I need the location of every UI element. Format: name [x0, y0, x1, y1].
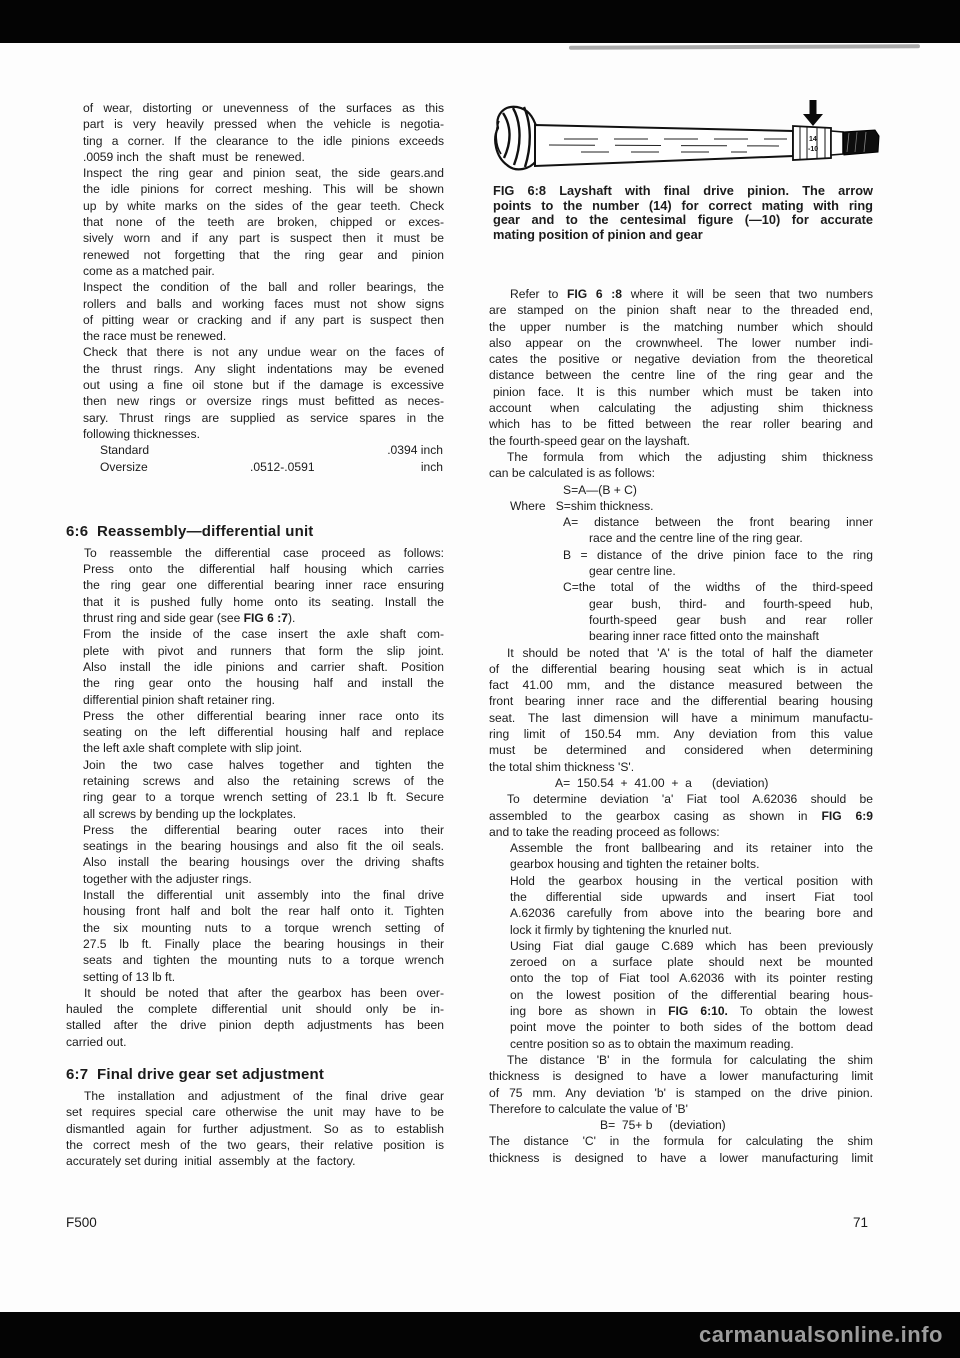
spacer	[66, 475, 444, 519]
text-line: that it is pushed fully home onto its se…	[83, 594, 444, 610]
text-line: 2Inspect the ring gear and pinion seat, …	[83, 165, 444, 181]
scan-artifact-streak	[569, 44, 920, 50]
text-line: onto the top of Fiat tool A.62036 with i…	[510, 970, 873, 986]
text-line: the differential side upwards and insert…	[510, 889, 873, 905]
text-line: The formula from which the adjusting shi…	[507, 449, 873, 465]
text-line: must be determined and considered when d…	[489, 742, 873, 758]
text-line: gearbox housing and tighten the retainer…	[510, 856, 873, 872]
text-line: bearing inner race fitted onto the mains…	[589, 628, 873, 644]
figure-caption: FIG 6:8 Layshaft with final drive pinion…	[493, 184, 873, 242]
text-line: come as a matched pair.	[83, 263, 444, 279]
text-line: point move the pointer to both sides of …	[510, 1019, 873, 1035]
text-line: stalled after the drive pinion depth adj…	[66, 1017, 444, 1033]
text-line: To determine deviation 'a' Fiat tool A.6…	[507, 791, 873, 807]
text-line: cates the positive or negative deviation…	[489, 351, 873, 367]
text-line: up by white marks on the sides of the ge…	[83, 198, 444, 214]
shaft-drawing	[535, 125, 793, 166]
text-line: pinion face. It is this number which mus…	[493, 384, 873, 400]
text-line: hauled the complete differential unit sh…	[66, 1001, 444, 1017]
top-scan-bar	[0, 0, 960, 43]
down-arrow-icon	[803, 100, 823, 126]
text-line: also appear on the crownwheel. The lower…	[489, 335, 873, 351]
text-line: thickness is designed to have a lower ma…	[489, 1150, 873, 1166]
text-line: 1Press onto the differential half housin…	[83, 561, 444, 577]
text-line: mating position of pinion and gear	[493, 228, 873, 243]
threaded-end-drawing	[831, 130, 879, 155]
left-text-column: of wear, distorting or unevenness of the…	[66, 100, 444, 1170]
text-line: thickness is designed to have a lower ma…	[489, 1068, 873, 1084]
text-line: the idle pinions for correct meshing. Th…	[83, 181, 444, 197]
text-line: setting of 13 lb ft.	[83, 969, 444, 985]
text-line: race and the centre line of the ring gea…	[589, 530, 873, 546]
text-line: 5Press the differential bearing outer ra…	[83, 822, 444, 838]
text-line: plete with pivot and runners that form t…	[83, 643, 444, 659]
text-line: FIG 6:8 Layshaft with final drive pinion…	[493, 184, 873, 199]
text-line: It should be noted that 'A' is the total…	[507, 645, 873, 661]
text-line: .0059 inch the shaft must be renewed.	[83, 149, 444, 165]
text-line: retaining screws and also the retaining …	[83, 773, 444, 789]
watermark-text: carmanualsonline.info	[699, 1322, 943, 1348]
text-line: seating on the left differential housing…	[83, 724, 444, 740]
text-line: the left axle shaft complete with slip j…	[83, 740, 444, 756]
text-line: of 75 mm. Any deviation 'b' is stamped o…	[489, 1085, 873, 1101]
text-line: The distance 'C' in the formula for calc…	[489, 1133, 873, 1149]
text-line: Therefore to calculate the value of 'B'	[489, 1101, 873, 1117]
spec-cell: inch	[421, 459, 443, 475]
text-line: ring limit of 150.54 mm. Any deviation f…	[489, 726, 873, 742]
text-line: front bearing inner race and the differe…	[489, 693, 873, 709]
text-line: lock it firmly by tightening the knurled…	[510, 922, 873, 938]
text-line: 4Join the two case halves together and t…	[83, 757, 444, 773]
text-line: 3Press the other differential bearing in…	[83, 708, 444, 724]
text-line: fact 41.00 mm, and the distance measured…	[489, 677, 873, 693]
stamped-collar-drawing: 14 -10	[793, 126, 831, 160]
text-line: zeroed on a surface plate should next be…	[510, 954, 873, 970]
text-line: Also install the idle pinions and carrie…	[83, 659, 444, 675]
text-line: renewed not forgetting that the ring gea…	[83, 247, 444, 263]
text-line: set requires special care otherwise the …	[66, 1104, 444, 1120]
text-line: differential pinion shaft retainer ring.	[83, 692, 444, 708]
text-line: Refer to FIG 6 :8 where it will be seen …	[510, 286, 873, 302]
text-line: 1Assemble the front ballbearing and its …	[510, 840, 873, 856]
text-line: sively worn and if any part is suspect t…	[83, 230, 444, 246]
text-line: which has to be fitted between the rear …	[489, 416, 873, 432]
text-line: can be calculated is as follows:	[489, 465, 873, 481]
text-line: of pitting wear or cracking and if any p…	[83, 312, 444, 328]
spec-cell: Standard	[100, 442, 149, 458]
text-line: the six mounting nuts to a torque wrench…	[83, 920, 444, 936]
text-line: part is very heavily pressed when the ve…	[83, 116, 444, 132]
spec-cell: .0394 inch	[387, 442, 443, 458]
text-line: fourth-speed gear bush and rear roller	[589, 612, 873, 628]
text-line: centre position so as to obtain the maxi…	[510, 1036, 873, 1052]
text-line: Also install the bearing housings over t…	[83, 854, 444, 870]
text-line: that none of the teeth are broken, chipp…	[83, 214, 444, 230]
text-line: distance between the centre line of the …	[489, 367, 873, 383]
text-line: then new rings or oversize rings must be…	[83, 393, 444, 409]
text-line: housing front half and bolt the rear hal…	[83, 903, 444, 919]
spec-row: Standard.0394 inch	[66, 442, 444, 458]
text-line: The distance 'B' in the formula for calc…	[507, 1052, 873, 1068]
text-line: It should be noted that after the gearbo…	[84, 985, 444, 1001]
text-line: gear and to the centesimal figure (—10) …	[493, 213, 873, 228]
text-line: rollers and balls and working faces must…	[83, 296, 444, 312]
text-line: account when calculating the adjusting s…	[489, 400, 873, 416]
bottom-scan-bar: carmanualsonline.info	[0, 1312, 960, 1358]
text-line: following thicknesses.	[83, 426, 444, 442]
section-heading: 6:7 Final drive gear set adjustment	[66, 1062, 444, 1088]
manual-page: { "footer": { "left": "F500", "page": "7…	[0, 0, 960, 1358]
text-line: 27.5 lb ft. Finally place the bearing ho…	[83, 936, 444, 952]
text-line: 2Hold the gearbox housing in the vertica…	[510, 873, 873, 889]
text-line: points to the number (14) for correct ma…	[493, 199, 873, 214]
layshaft-figure: 14 -10	[489, 95, 885, 183]
text-line: thrust ring and side gear (see FIG 6 :7)…	[83, 610, 444, 626]
text-line: C=the total of the widths of the third-s…	[563, 579, 873, 595]
pinion-gear-drawing	[495, 107, 537, 170]
spec-cell: .0512-.0591	[250, 459, 315, 475]
text-line: out using a fine oil stone but if the da…	[83, 377, 444, 393]
text-line: the fourth-speed gear on the layshaft.	[489, 433, 873, 449]
text-line: seatings in the bearing housings and als…	[83, 838, 444, 854]
text-line: dismantled again for further adjustment.…	[66, 1121, 444, 1137]
right-text-column: Refer to FIG 6 :8 where it will be seen …	[489, 286, 873, 1166]
stamp-matching-number: 14	[809, 136, 817, 143]
text-line: seats and tighten the mounting nuts to a…	[83, 952, 444, 968]
spec-cell: Oversize	[100, 459, 148, 475]
text-line: ting a corner. If the clearance to the i…	[83, 133, 444, 149]
text-line: the race must be renewed.	[83, 328, 444, 344]
text-line: 3Using Fiat dial gauge C.689 which has b…	[510, 938, 873, 954]
text-line: ring gear to a torque wrench setting of …	[83, 789, 444, 805]
text-line: 2From the inside of the case insert the …	[83, 626, 444, 642]
text-line: of wear, distorting or unevenness of the…	[83, 100, 444, 116]
text-line: B= 75+ b (deviation)	[600, 1117, 873, 1133]
text-line: the correct mesh of the two gears, their…	[66, 1137, 444, 1153]
text-line: Where S=shim thickness.	[510, 498, 873, 514]
text-line: the thrust rings. Any slight indentation…	[83, 361, 444, 377]
footer-page-number: 71	[853, 1215, 868, 1230]
text-line: together with the adjuster rings.	[83, 871, 444, 887]
text-line: A= distance between the front bearing in…	[563, 514, 873, 530]
text-line: the ring gear onto the housing half and …	[83, 675, 444, 691]
text-line: A.62036 carefully from above into the be…	[510, 905, 873, 921]
spacer	[66, 1050, 444, 1062]
text-line: gear centre line.	[589, 563, 873, 579]
text-line: 4Check that there is not any undue wear …	[83, 344, 444, 360]
footer-model-code: F500	[66, 1215, 97, 1230]
text-line: The installation and adjustment of the f…	[84, 1088, 444, 1104]
text-line: B = distance of the drive pinion face to…	[563, 547, 873, 563]
text-line: ing bore as shown in FIG 6:10. To obtain…	[510, 1003, 873, 1019]
text-line: the total shim thickness 'S'.	[489, 759, 873, 775]
text-line: of the differential bearing housing seat…	[489, 661, 873, 677]
text-line: the ring gear one differential bearing i…	[83, 577, 444, 593]
text-line: are stamped on the pinion shaft near to …	[489, 302, 873, 318]
text-line: the upper number is the matching number …	[489, 319, 873, 335]
text-line: carried out.	[66, 1034, 444, 1050]
text-line: A= 150.54 + 41.00 + a (deviation)	[555, 775, 873, 791]
text-line: gear bush, third- and fourth-speed hub,	[589, 596, 873, 612]
text-line: 6Install the differential unit assembly …	[83, 887, 444, 903]
spec-row: Oversize.0512-.0591inch	[66, 459, 444, 475]
text-line: 3Inspect the condition of the ball and r…	[83, 279, 444, 295]
text-line: on the lowest position of the differenti…	[510, 987, 873, 1003]
stamp-centesimal-number: -10	[808, 146, 818, 153]
text-line: To reassemble the differential case proc…	[84, 545, 444, 561]
text-line: S=A—(B + C)	[563, 482, 873, 498]
text-line: accurately set during initial assembly a…	[66, 1153, 444, 1169]
text-line: assembled to the gearbox casing as shown…	[489, 808, 873, 824]
text-line: seat. The last dimension will have a min…	[489, 710, 873, 726]
section-heading: 6:6 Reassembly—differential unit	[66, 519, 444, 545]
text-line: all screws by bending up the lockplates.	[83, 806, 444, 822]
text-line: sary. Thrust rings are supplied as servi…	[83, 410, 444, 426]
text-line: and to take the reading proceed as follo…	[489, 824, 873, 840]
